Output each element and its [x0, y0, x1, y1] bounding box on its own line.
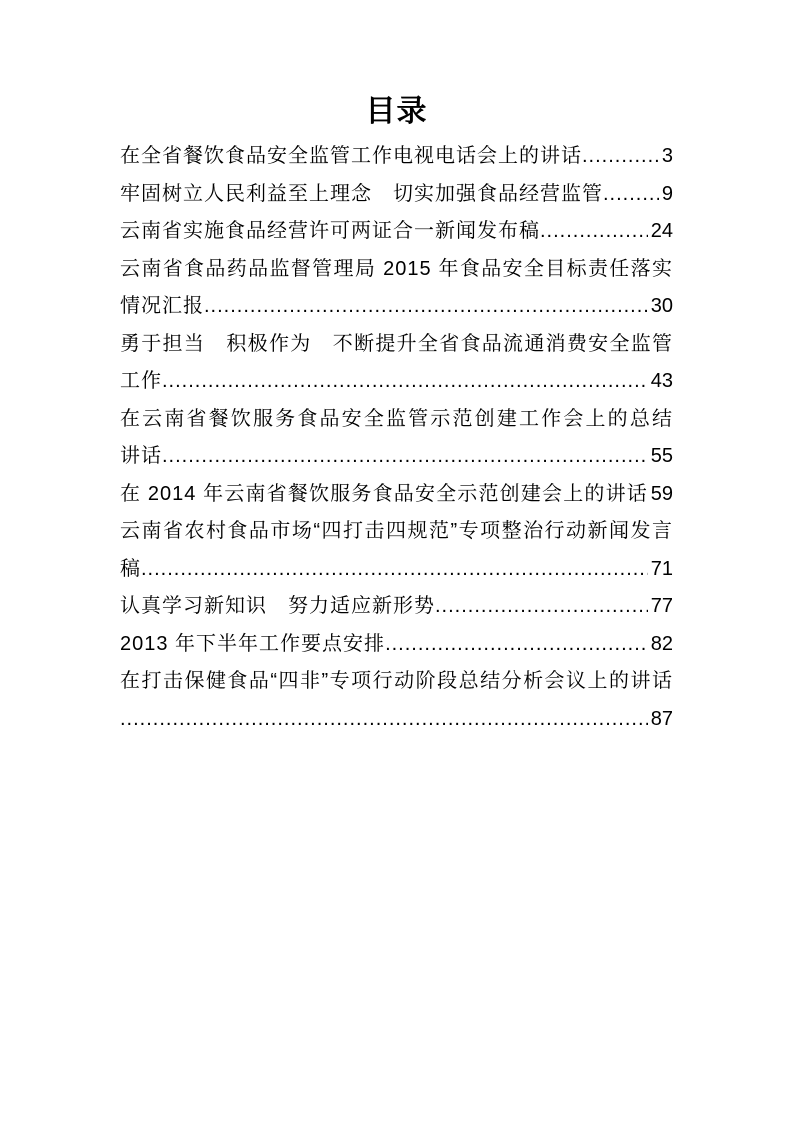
toc-entry-text: 工作: [120, 363, 162, 401]
toc-page-number: 55: [648, 438, 673, 476]
toc-entry-text: 情况汇报: [120, 288, 204, 326]
toc-page-number: 9: [659, 176, 673, 214]
toc-entry-line: 云南省实施食品经营许可两证合一新闻发布稿 24: [120, 213, 673, 251]
toc-entry-text: 云南省食品药品监督管理局 2015 年食品安全目标责任落实: [120, 251, 673, 289]
toc-entry-text: 云南省实施食品经营许可两证合一新闻发布稿: [120, 213, 540, 251]
toc-entry-text: 在云南省餐饮服务食品安全监管示范创建工作会上的总结: [120, 401, 673, 439]
toc-page-number: 30: [648, 288, 673, 326]
toc-entry-text: 在打击保健食品“四非”专项行动阶段总结分析会议上的讲话: [120, 663, 673, 701]
toc-content: 目录 在全省餐饮食品安全监管工作电视电话会上的讲话 3 牢固树立人民利益至上理念…: [120, 91, 673, 738]
toc-entry-text: 认真学习新知识 努力适应新形势: [120, 588, 435, 626]
toc-entry-line: 87: [120, 701, 673, 739]
document-page: 目录 在全省餐饮食品安全监管工作电视电话会上的讲话 3 牢固树立人民利益至上理念…: [0, 0, 793, 1122]
toc-entry-line: 2013 年下半年工作要点安排 82: [120, 626, 673, 664]
toc-entry-line: 稿 71: [120, 551, 673, 589]
toc-entry-text: 云南省农村食品市场“四打击四规范”专项整治行动新闻发言: [120, 513, 673, 551]
page-title: 目录: [120, 91, 673, 133]
toc-entry-text: 稿: [120, 551, 141, 589]
toc-entry-line: 云南省食品药品监督管理局 2015 年食品安全目标责任落实: [120, 251, 673, 289]
toc-page-number: 71: [648, 551, 673, 589]
toc-page-number: 59: [648, 476, 673, 514]
dot-leader: [204, 288, 648, 326]
dot-leader: [435, 588, 648, 626]
toc-entry-line: 在打击保健食品“四非”专项行动阶段总结分析会议上的讲话: [120, 663, 673, 701]
toc-entry-line: 讲话 55: [120, 438, 673, 476]
toc-page-number: 43: [648, 363, 673, 401]
toc-entry-text: 讲话: [120, 438, 162, 476]
toc-entry-line: 在 2014 年云南省餐饮服务食品安全示范创建会上的讲话 59: [120, 476, 673, 514]
toc-entry-line: 工作 43: [120, 363, 673, 401]
dot-leader: [540, 213, 648, 251]
dot-leader: [162, 438, 648, 476]
toc-entry-text: 在全省餐饮食品安全监管工作电视电话会上的讲话: [120, 138, 582, 176]
toc-entry-line: 在全省餐饮食品安全监管工作电视电话会上的讲话 3: [120, 138, 673, 176]
toc-page-number: 82: [648, 626, 673, 664]
dot-leader: [162, 363, 648, 401]
dot-leader: [141, 551, 648, 589]
dot-leader: [603, 176, 659, 214]
toc-entry-line: 认真学习新知识 努力适应新形势 77: [120, 588, 673, 626]
dot-leader: [582, 138, 659, 176]
toc-entry-line: 云南省农村食品市场“四打击四规范”专项整治行动新闻发言: [120, 513, 673, 551]
toc-lines: 在全省餐饮食品安全监管工作电视电话会上的讲话 3 牢固树立人民利益至上理念 切实…: [120, 138, 673, 738]
dot-leader: [385, 626, 648, 664]
toc-entry-text: 牢固树立人民利益至上理念 切实加强食品经营监管: [120, 176, 603, 214]
dot-leader: [120, 701, 648, 739]
toc-entry-text: 2013 年下半年工作要点安排: [120, 626, 385, 664]
toc-entry-line: 情况汇报 30: [120, 288, 673, 326]
toc-entry-line: 勇于担当 积极作为 不断提升全省食品流通消费安全监管: [120, 326, 673, 364]
toc-entry-text: 在 2014 年云南省餐饮服务食品安全示范创建会上的讲话: [120, 476, 648, 514]
toc-entry-line: 牢固树立人民利益至上理念 切实加强食品经营监管 9: [120, 176, 673, 214]
toc-page-number: 3: [659, 138, 673, 176]
toc-page-number: 24: [648, 213, 673, 251]
toc-page-number: 77: [648, 588, 673, 626]
toc-page-number: 87: [648, 701, 673, 739]
toc-entry-text: 勇于担当 积极作为 不断提升全省食品流通消费安全监管: [120, 326, 673, 364]
toc-entry-line: 在云南省餐饮服务食品安全监管示范创建工作会上的总结: [120, 401, 673, 439]
